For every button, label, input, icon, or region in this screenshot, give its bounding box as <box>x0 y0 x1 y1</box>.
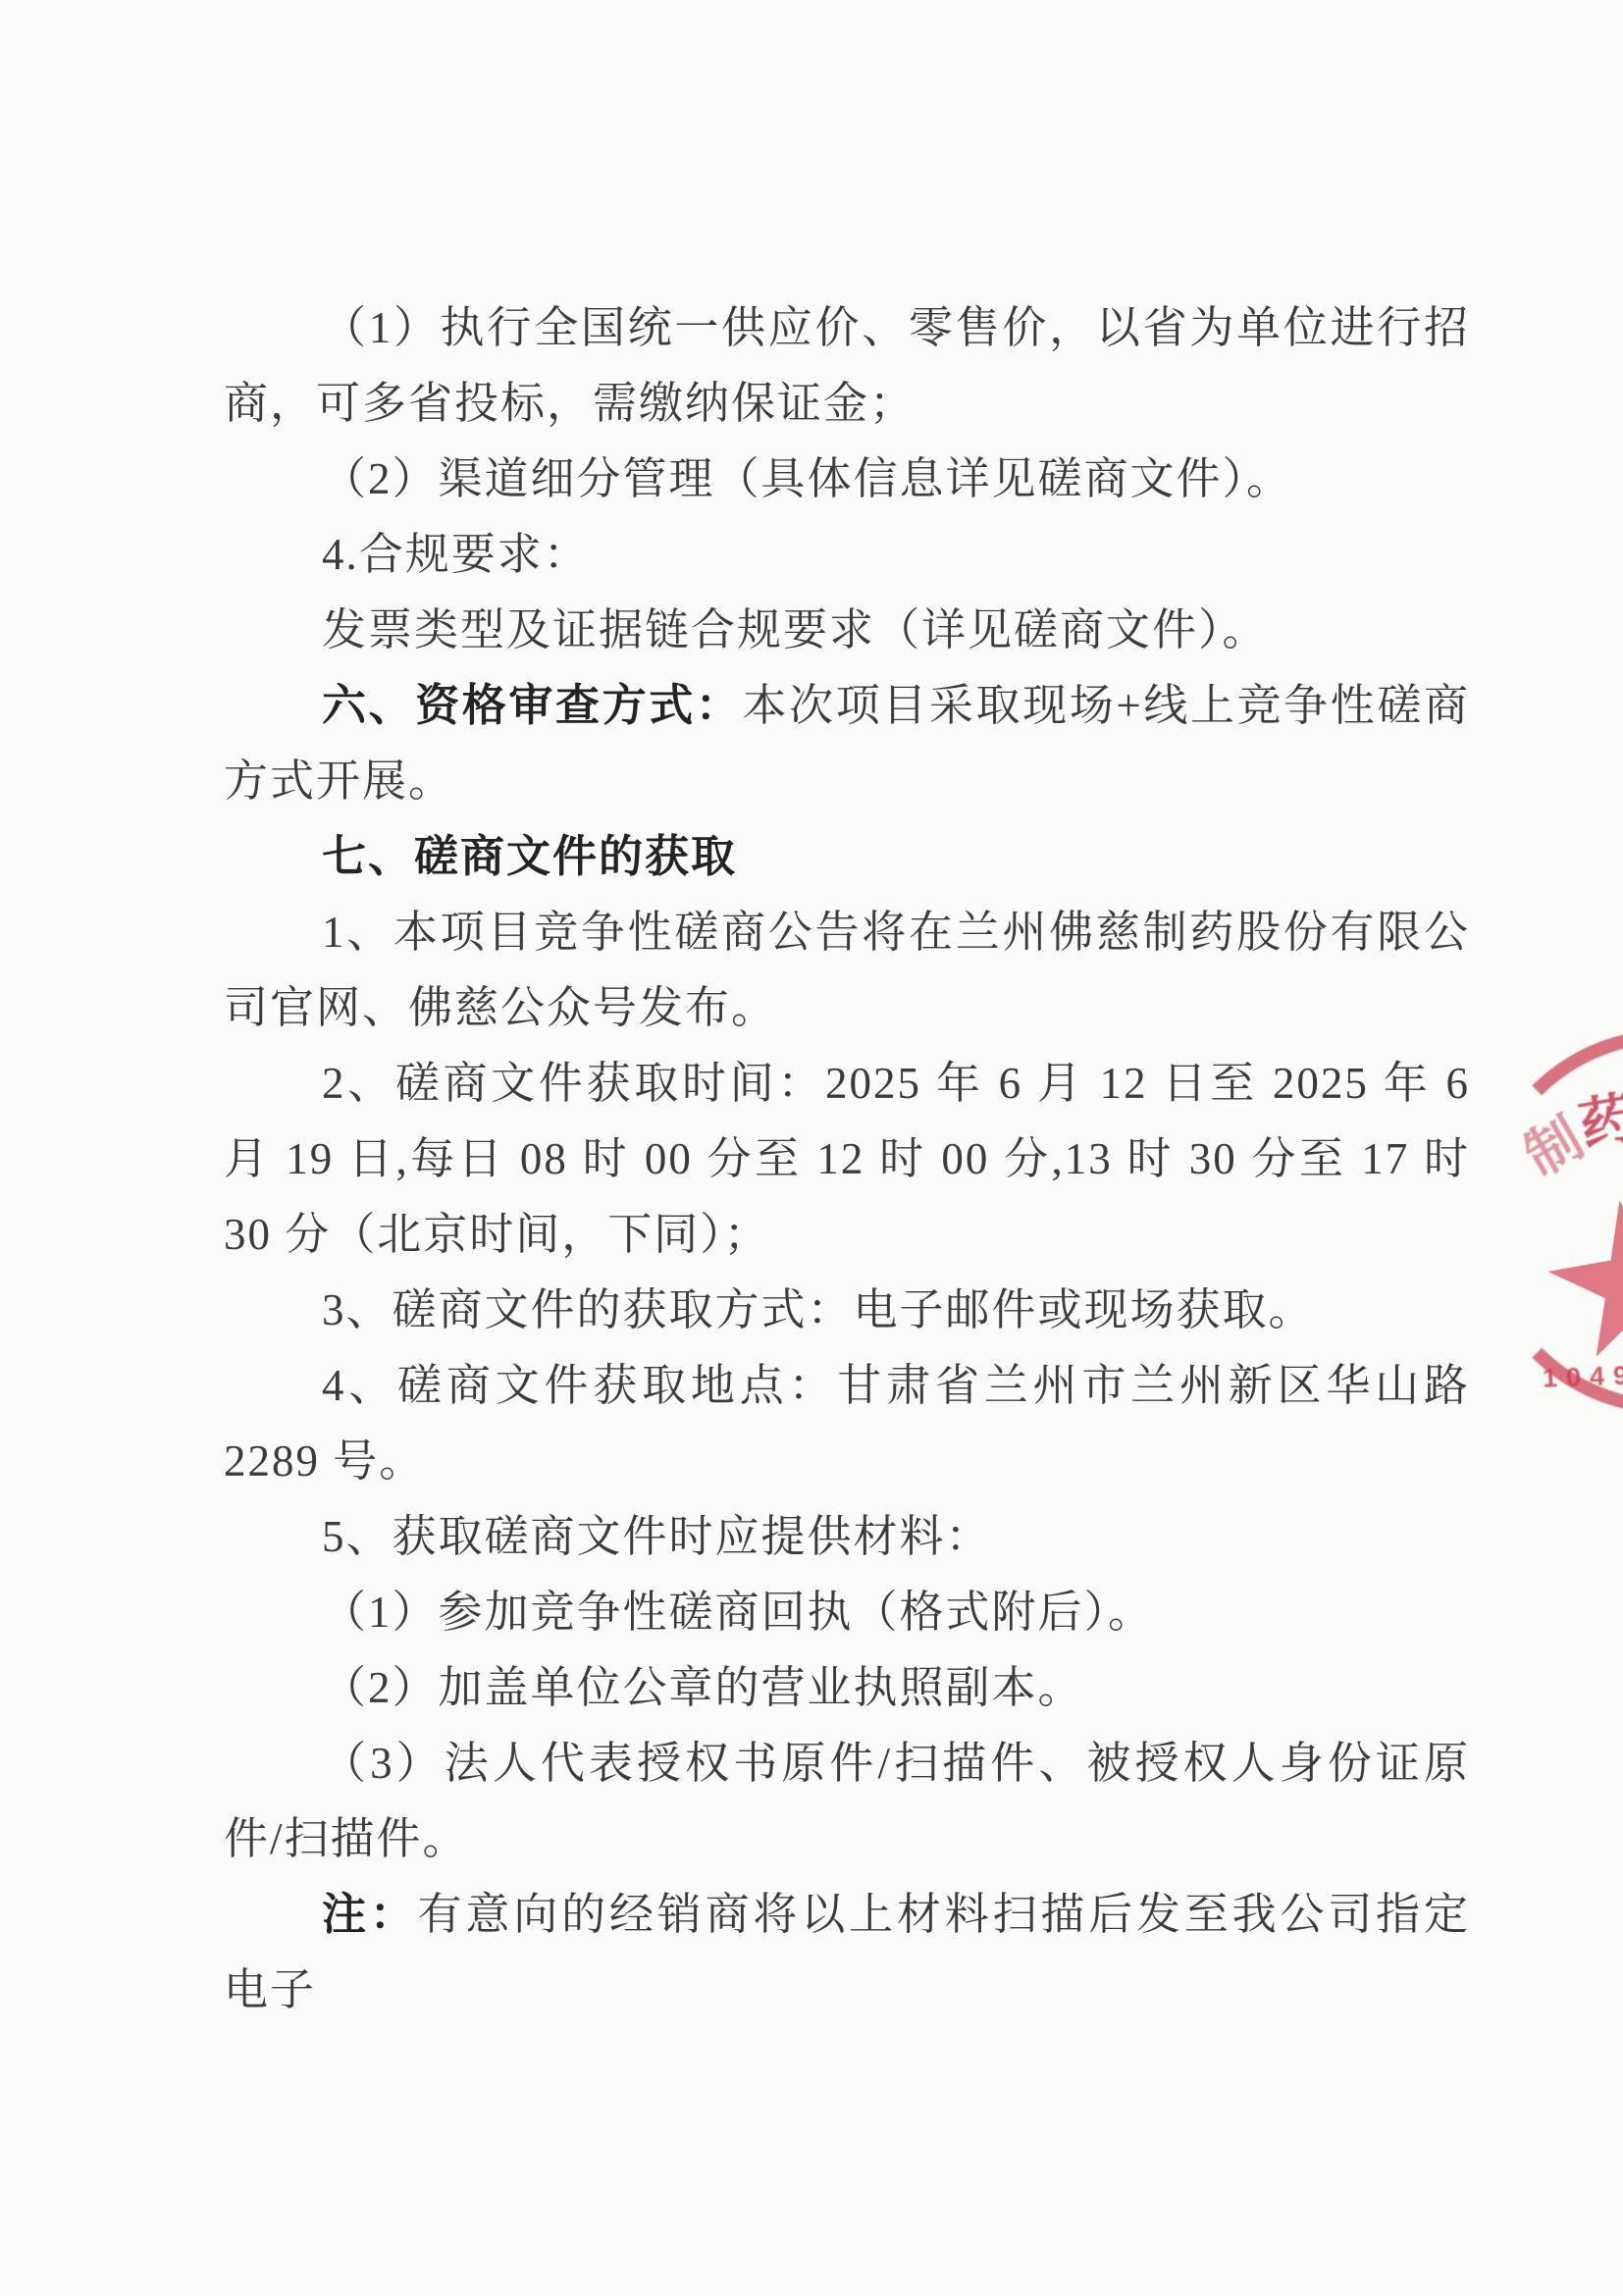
document-body: （1）执行全国统一供应价、零售价，以省为单位进行招商，可多省投标，需缴纳保证金；… <box>224 290 1470 2028</box>
paragraph-lead: 注： <box>322 1890 418 1939</box>
seal-ring <box>1476 1029 1623 1414</box>
paragraph: 3、磋商文件的获取方式：电子邮件或现场获取。 <box>224 1273 1470 1348</box>
paragraph-text: （2）渠道细分管理（具体信息详见磋商文件）。 <box>322 454 1292 503</box>
paragraph: 六、资格审查方式：本次项目采取现场+线上竞争性磋商方式开展。 <box>224 668 1470 819</box>
paragraph: 2、磋商文件获取时间：2025 年 6 月 12 日至 2025 年 6 月 1… <box>224 1046 1470 1273</box>
paragraph: （1）参加竞争性磋商回执（格式附后）。 <box>224 1575 1470 1650</box>
seal-char-yao: 药 <box>1576 1091 1623 1155</box>
paragraph: 七、磋商文件的获取 <box>224 819 1470 895</box>
paragraph-lead: 六、资格审查方式： <box>322 681 742 730</box>
seal-char-zhi: 制 <box>1517 1111 1592 1185</box>
paragraph-text: 2、磋商文件获取时间：2025 年 6 月 12 日至 2025 年 6 月 1… <box>224 1059 1470 1259</box>
paragraph-text: 5、获取磋商文件时应提供材料： <box>322 1512 992 1561</box>
paragraph: 5、获取磋商文件时应提供材料： <box>224 1499 1470 1575</box>
paragraph: （2）渠道细分管理（具体信息详见磋商文件）。 <box>224 442 1470 517</box>
paragraph-text: 4.合规要求： <box>322 530 590 579</box>
paragraph-text: （2）加盖单位公章的营业执照副本。 <box>322 1663 1084 1712</box>
document-page: （1）执行全国统一供应价、零售价，以省为单位进行招商，可多省投标，需缴纳保证金；… <box>0 0 1623 2296</box>
paragraph-lead: 七、磋商文件的获取 <box>322 832 737 881</box>
paragraph: 4、磋商文件获取地点：甘肃省兰州市兰州新区华山路 2289 号。 <box>224 1348 1470 1499</box>
paragraph-text: 发票类型及证据链合规要求（详见磋商文件）。 <box>322 605 1269 654</box>
seal-star-icon <box>1535 1185 1623 1378</box>
paragraph-text: （1）执行全国统一供应价、零售价，以省为单位进行招商，可多省投标，需缴纳保证金； <box>224 303 1470 428</box>
paragraph: 1、本项目竞争性磋商公告将在兰州佛慈制药股份有限公司官网、佛慈公众号发布。 <box>224 895 1470 1046</box>
paragraph-text: 3、磋商文件的获取方式：电子邮件或现场获取。 <box>322 1285 1315 1334</box>
paragraph-text: （3）法人代表授权书原件/扫描件、被授权人身份证原件/扫描件。 <box>224 1739 1470 1863</box>
paragraph: 发票类型及证据链合规要求（详见磋商文件）。 <box>224 593 1470 668</box>
paragraph-text: （1）参加竞争性磋商回执（格式附后）。 <box>322 1588 1154 1637</box>
paragraph-text: 1、本项目竞争性磋商公告将在兰州佛慈制药股份有限公司官网、佛慈公众号发布。 <box>224 908 1470 1032</box>
paragraph: （3）法人代表授权书原件/扫描件、被授权人身份证原件/扫描件。 <box>224 1726 1470 1877</box>
paragraph: 4.合规要求： <box>224 517 1470 593</box>
paragraph: （1）执行全国统一供应价、零售价，以省为单位进行招商，可多省投标，需缴纳保证金； <box>224 290 1470 442</box>
paragraph: 注：有意向的经销商将以上材料扫描后发至我公司指定电子 <box>224 1877 1470 2028</box>
paragraph: （2）加盖单位公章的营业执照副本。 <box>224 1650 1470 1726</box>
paragraph-text: 4、磋商文件获取地点：甘肃省兰州市兰州新区华山路 2289 号。 <box>224 1361 1470 1486</box>
seal-digits: 1049 <box>1542 1360 1623 1393</box>
